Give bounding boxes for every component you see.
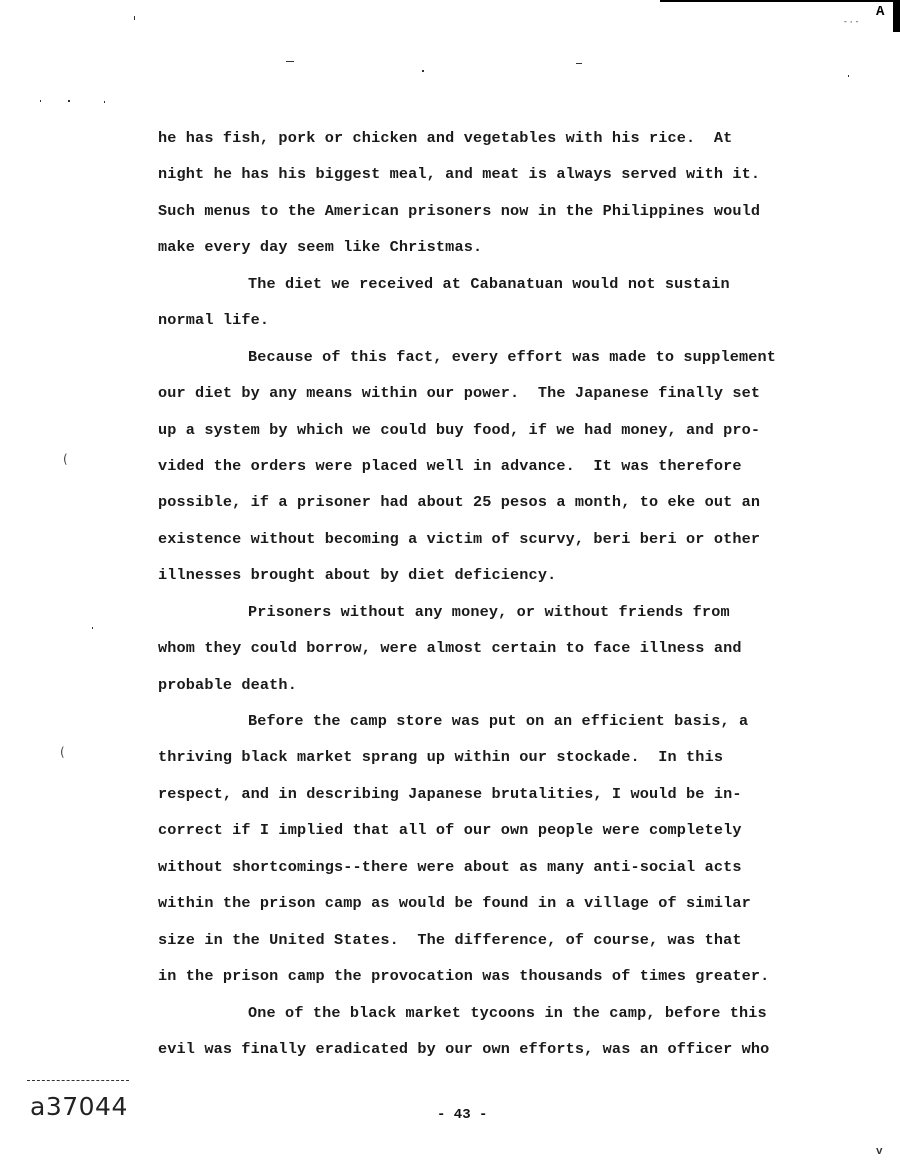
text-line: in the prison camp the provocation was t… <box>158 962 778 998</box>
text-line: up a system by which we could buy food, … <box>158 416 778 452</box>
bottom-corner-mark: v <box>876 1146 883 1158</box>
text-line: he has fish, pork or chicken and vegetab… <box>158 124 778 160</box>
body-text: he has fish, pork or chicken and vegetab… <box>158 124 778 1071</box>
paragraph-first-line: Prisoners without any money, or without … <box>158 598 778 634</box>
scan-speck <box>68 100 70 102</box>
text-line: existence without becoming a victim of s… <box>158 525 778 561</box>
dashed-rule <box>27 1080 129 1081</box>
text-line: thriving black market sprang up within o… <box>158 743 778 779</box>
text-line: respect, and in describing Japanese brut… <box>158 780 778 816</box>
text-line: correct if I implied that all of our own… <box>158 816 778 852</box>
text-line: within the prison camp as would be found… <box>158 889 778 925</box>
scan-speck <box>40 100 41 102</box>
text-line: night he has his biggest meal, and meat … <box>158 160 778 196</box>
text-line: normal life. <box>158 306 778 342</box>
text-line: illnesses brought about by diet deficien… <box>158 561 778 597</box>
paragraph-first-line: Before the camp store was put on an effi… <box>158 707 778 743</box>
text-line: evil was finally eradicated by our own e… <box>158 1035 778 1071</box>
margin-mark: ( <box>63 452 68 466</box>
corner-dash-mark: -·- <box>843 18 860 27</box>
paragraph-first-line: Because of this fact, every effort was m… <box>158 343 778 379</box>
scan-speck <box>576 63 582 64</box>
text-line: possible, if a prisoner had about 25 pes… <box>158 488 778 524</box>
document-page: -·- A ( ( he has fish, pork or chicken a… <box>0 0 900 1166</box>
scan-top-edge <box>660 0 895 2</box>
margin-mark: ( <box>60 745 65 759</box>
text-line: vided the orders were placed well in adv… <box>158 452 778 488</box>
scan-speck <box>104 101 105 103</box>
archive-id-handwritten: a37044 <box>30 1092 128 1121</box>
scan-speck <box>848 75 849 77</box>
scan-speck <box>422 70 424 72</box>
scan-speck <box>134 16 135 20</box>
page-number: - 43 - <box>437 1107 487 1123</box>
scan-right-edge <box>893 0 900 32</box>
paragraph-first-line: One of the black market tycoons in the c… <box>158 999 778 1035</box>
text-line: make every day seem like Christmas. <box>158 233 778 269</box>
scan-speck <box>92 627 93 629</box>
text-line: whom they could borrow, were almost cert… <box>158 634 778 670</box>
text-line: size in the United States. The differenc… <box>158 926 778 962</box>
paragraph-first-line: The diet we received at Cabanatuan would… <box>158 270 778 306</box>
scan-speck <box>286 61 294 62</box>
text-line: our diet by any means within our power. … <box>158 379 778 415</box>
corner-mark: A <box>876 4 884 20</box>
text-line: Such menus to the American prisoners now… <box>158 197 778 233</box>
text-line: probable death. <box>158 671 778 707</box>
text-line: without shortcomings--there were about a… <box>158 853 778 889</box>
